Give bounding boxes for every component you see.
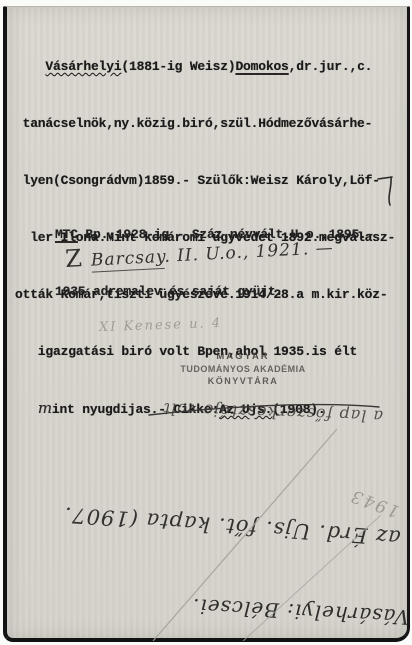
- typed-line: tanácselnök,ny.közig.biró,szül.Hódmezővá…: [15, 114, 405, 133]
- stamp-line: KÖNYVTÁRA: [175, 375, 311, 387]
- handwritten-m-correction: m: [38, 399, 52, 417]
- name-underlined: Barcsay: [90, 247, 165, 273]
- typed-line: Vásárhelyi(1881-ig Weisz)Domokos,dr.jur.…: [15, 57, 405, 76]
- typed-text: ,dr.jur.,c.: [289, 59, 373, 74]
- indent: [15, 402, 38, 417]
- library-stamp: MAGYAR TUDOMÁNYOS AKADÉMIA KÖNYVTÁRA: [175, 351, 311, 387]
- surname-underlined: Vásárhelyi: [45, 59, 121, 74]
- scanned-card-photo: { "card": { "typed_block_1": { "line1": …: [0, 0, 412, 645]
- indent: [15, 59, 45, 74]
- firstname-underlined: Domokos: [235, 59, 288, 74]
- typed-line: 1935.adremalev.és saját gyüjt.: [55, 282, 405, 301]
- stamp-line: MAGYAR: [175, 351, 311, 363]
- typed-text: (1881-ig Weisz): [121, 59, 235, 74]
- flipped-note-1907: az Érd. Ujs. főt. kapta (1907.: [29, 500, 402, 550]
- source-abbrev-underlined: MTC: [55, 227, 78, 242]
- bracket-mark: Z: [64, 244, 83, 273]
- index-card: Vásárhelyi(1881-ig Weisz)Domokos,dr.jur.…: [3, 6, 410, 642]
- stamp-line: TUDOMÁNYOS AKADÉMIA: [175, 363, 311, 375]
- flipped-pencil-year: 1943: [347, 485, 402, 521]
- flipped-bottom-note: Vásárhelyi: Bélcsei.: [167, 593, 410, 630]
